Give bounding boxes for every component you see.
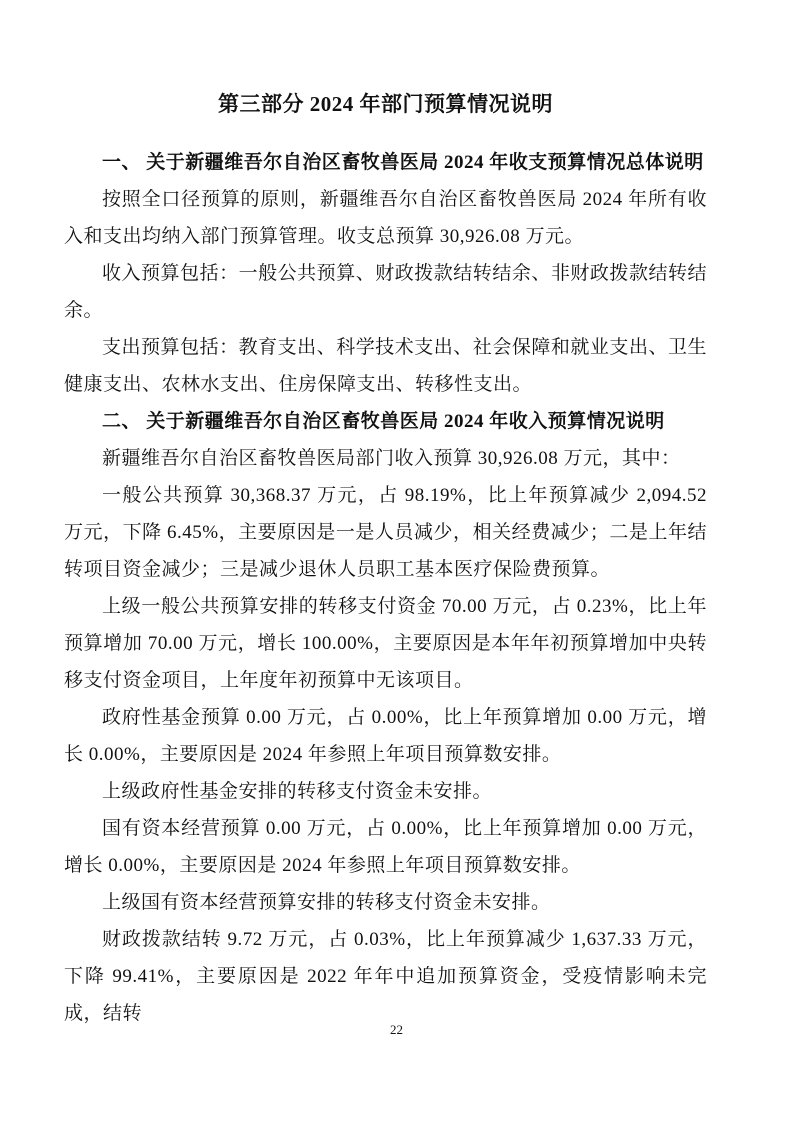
document-viewport: { "doc": { "title": "第三部分 2024 年部门预算情况说明… [0, 0, 793, 1122]
paragraph-expenditure-scope: 支出预算包括：教育支出、科学技术支出、社会保障和就业支出、卫生健康支出、农林水支… [64, 329, 707, 403]
document-page: 第三部分 2024 年部门预算情况说明 一、 关于新疆维吾尔自治区畜牧兽医局 2… [0, 0, 793, 1122]
paragraph-transfer-payment: 上级一般公共预算安排的转移支付资金 70.00 万元，占 0.23%，比上年预算… [64, 588, 707, 699]
section-heading-income: 二、 关于新疆维吾尔自治区畜牧兽医局 2024 年收入预算情况说明 [64, 403, 707, 440]
paragraph-government-fund-transfer: 上级政府性基金安排的转移支付资金未安排。 [64, 773, 707, 810]
paragraph-income-scope: 收入预算包括：一般公共预算、财政拨款结转结余、非财政拨款结转结余。 [64, 255, 707, 329]
paragraph-income-total: 新疆维吾尔自治区畜牧兽医局部门收入预算 30,926.08 万元，其中： [64, 440, 707, 477]
paragraph-state-capital-transfer: 上级国有资本经营预算安排的转移支付资金未安排。 [64, 884, 707, 921]
paragraph-government-fund: 政府性基金预算 0.00 万元，占 0.00%，比上年预算增加 0.00 万元，… [64, 699, 707, 773]
paragraph-general-public-budget: 一般公共预算 30,368.37 万元，占 98.19%，比上年预算减少 2,0… [64, 477, 707, 588]
paragraph-state-capital: 国有资本经营预算 0.00 万元，占 0.00%，比上年预算增加 0.00 万元… [64, 810, 707, 884]
paragraph-total-budget: 按照全口径预算的原则，新疆维吾尔自治区畜牧兽医局 2024 年所有收入和支出均纳… [64, 181, 707, 255]
paragraph-carryover-funds: 财政拨款结转 9.72 万元，占 0.03%，比上年预算减少 1,637.33 … [64, 921, 707, 1032]
section-heading-overall: 一、 关于新疆维吾尔自治区畜牧兽医局 2024 年收支预算情况总体说明 [64, 144, 707, 181]
page-number: 22 [0, 1022, 793, 1038]
document-title: 第三部分 2024 年部门预算情况说明 [64, 90, 707, 118]
